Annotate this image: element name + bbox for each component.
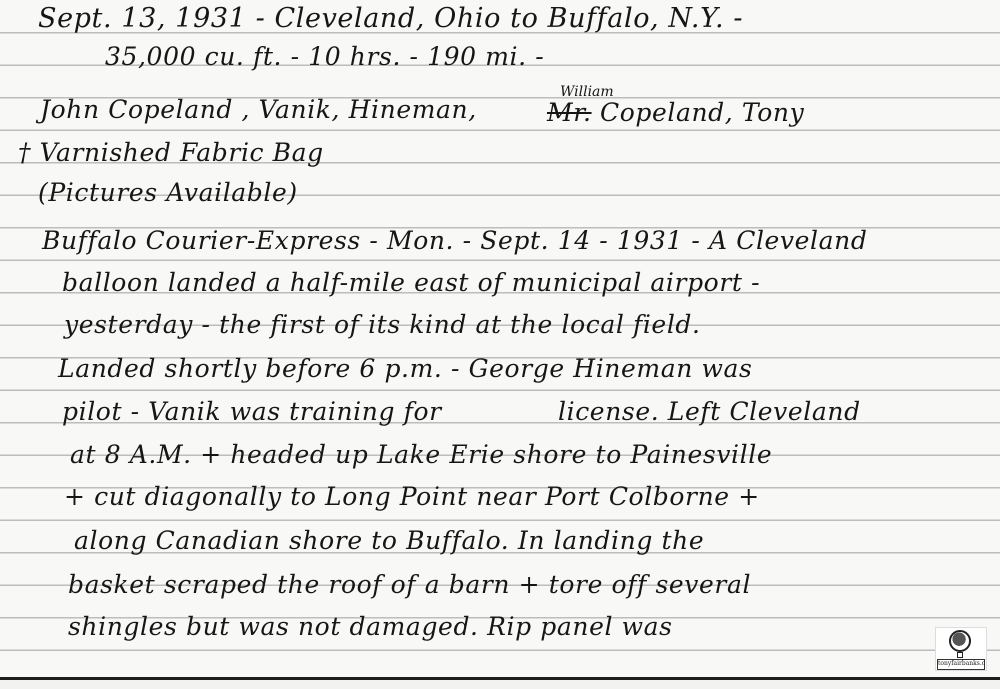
watermark-text: tonyfairbanks.org [937, 659, 985, 670]
balloon-icon [949, 630, 971, 652]
basket-icon [957, 652, 963, 658]
line-10: pilot - Vanik was training for [62, 397, 442, 427]
line-6-newspaper-citation: Buffalo Courier-Express - Mon. - Sept. 1… [42, 226, 867, 256]
index-card: Sept. 13, 1931 - Cleveland, Ohio to Buff… [0, 0, 1000, 678]
line-9: Landed shortly before 6 p.m. - George Hi… [58, 354, 752, 384]
line-3-crew-continued: Copeland, Tony [600, 98, 804, 128]
line-12: + cut diagonally to Long Point near Port… [64, 482, 760, 512]
scan-background [0, 680, 1000, 689]
line-3-crew: John Copeland , Vanik, Hineman, [40, 95, 477, 125]
line-10-continued: license. Left Cleveland [558, 397, 861, 427]
line-14: basket scraped the roof of a barn + tore… [68, 570, 751, 600]
watermark-logo: tonyfairbanks.org [935, 627, 987, 671]
line-8: yesterday - the first of its kind at the… [64, 310, 701, 340]
line-15: shingles but was not damaged. Rip panel … [68, 612, 673, 642]
line-13: along Canadian shore to Buffalo. In land… [74, 526, 704, 556]
line-11: at 8 A.M. + headed up Lake Erie shore to… [70, 440, 772, 470]
struck-word: Mr. [547, 98, 592, 128]
line-5-pictures: (Pictures Available) [38, 178, 298, 208]
line-4-bag-type: † Varnished Fabric Bag [18, 138, 324, 168]
line-7: balloon landed a half-mile east of munic… [62, 268, 760, 298]
line-2-volume-duration-distance: 35,000 cu. ft. - 10 hrs. - 190 mi. - [105, 42, 544, 72]
line-1-date-route: Sept. 13, 1931 - Cleveland, Ohio to Buff… [38, 4, 743, 34]
